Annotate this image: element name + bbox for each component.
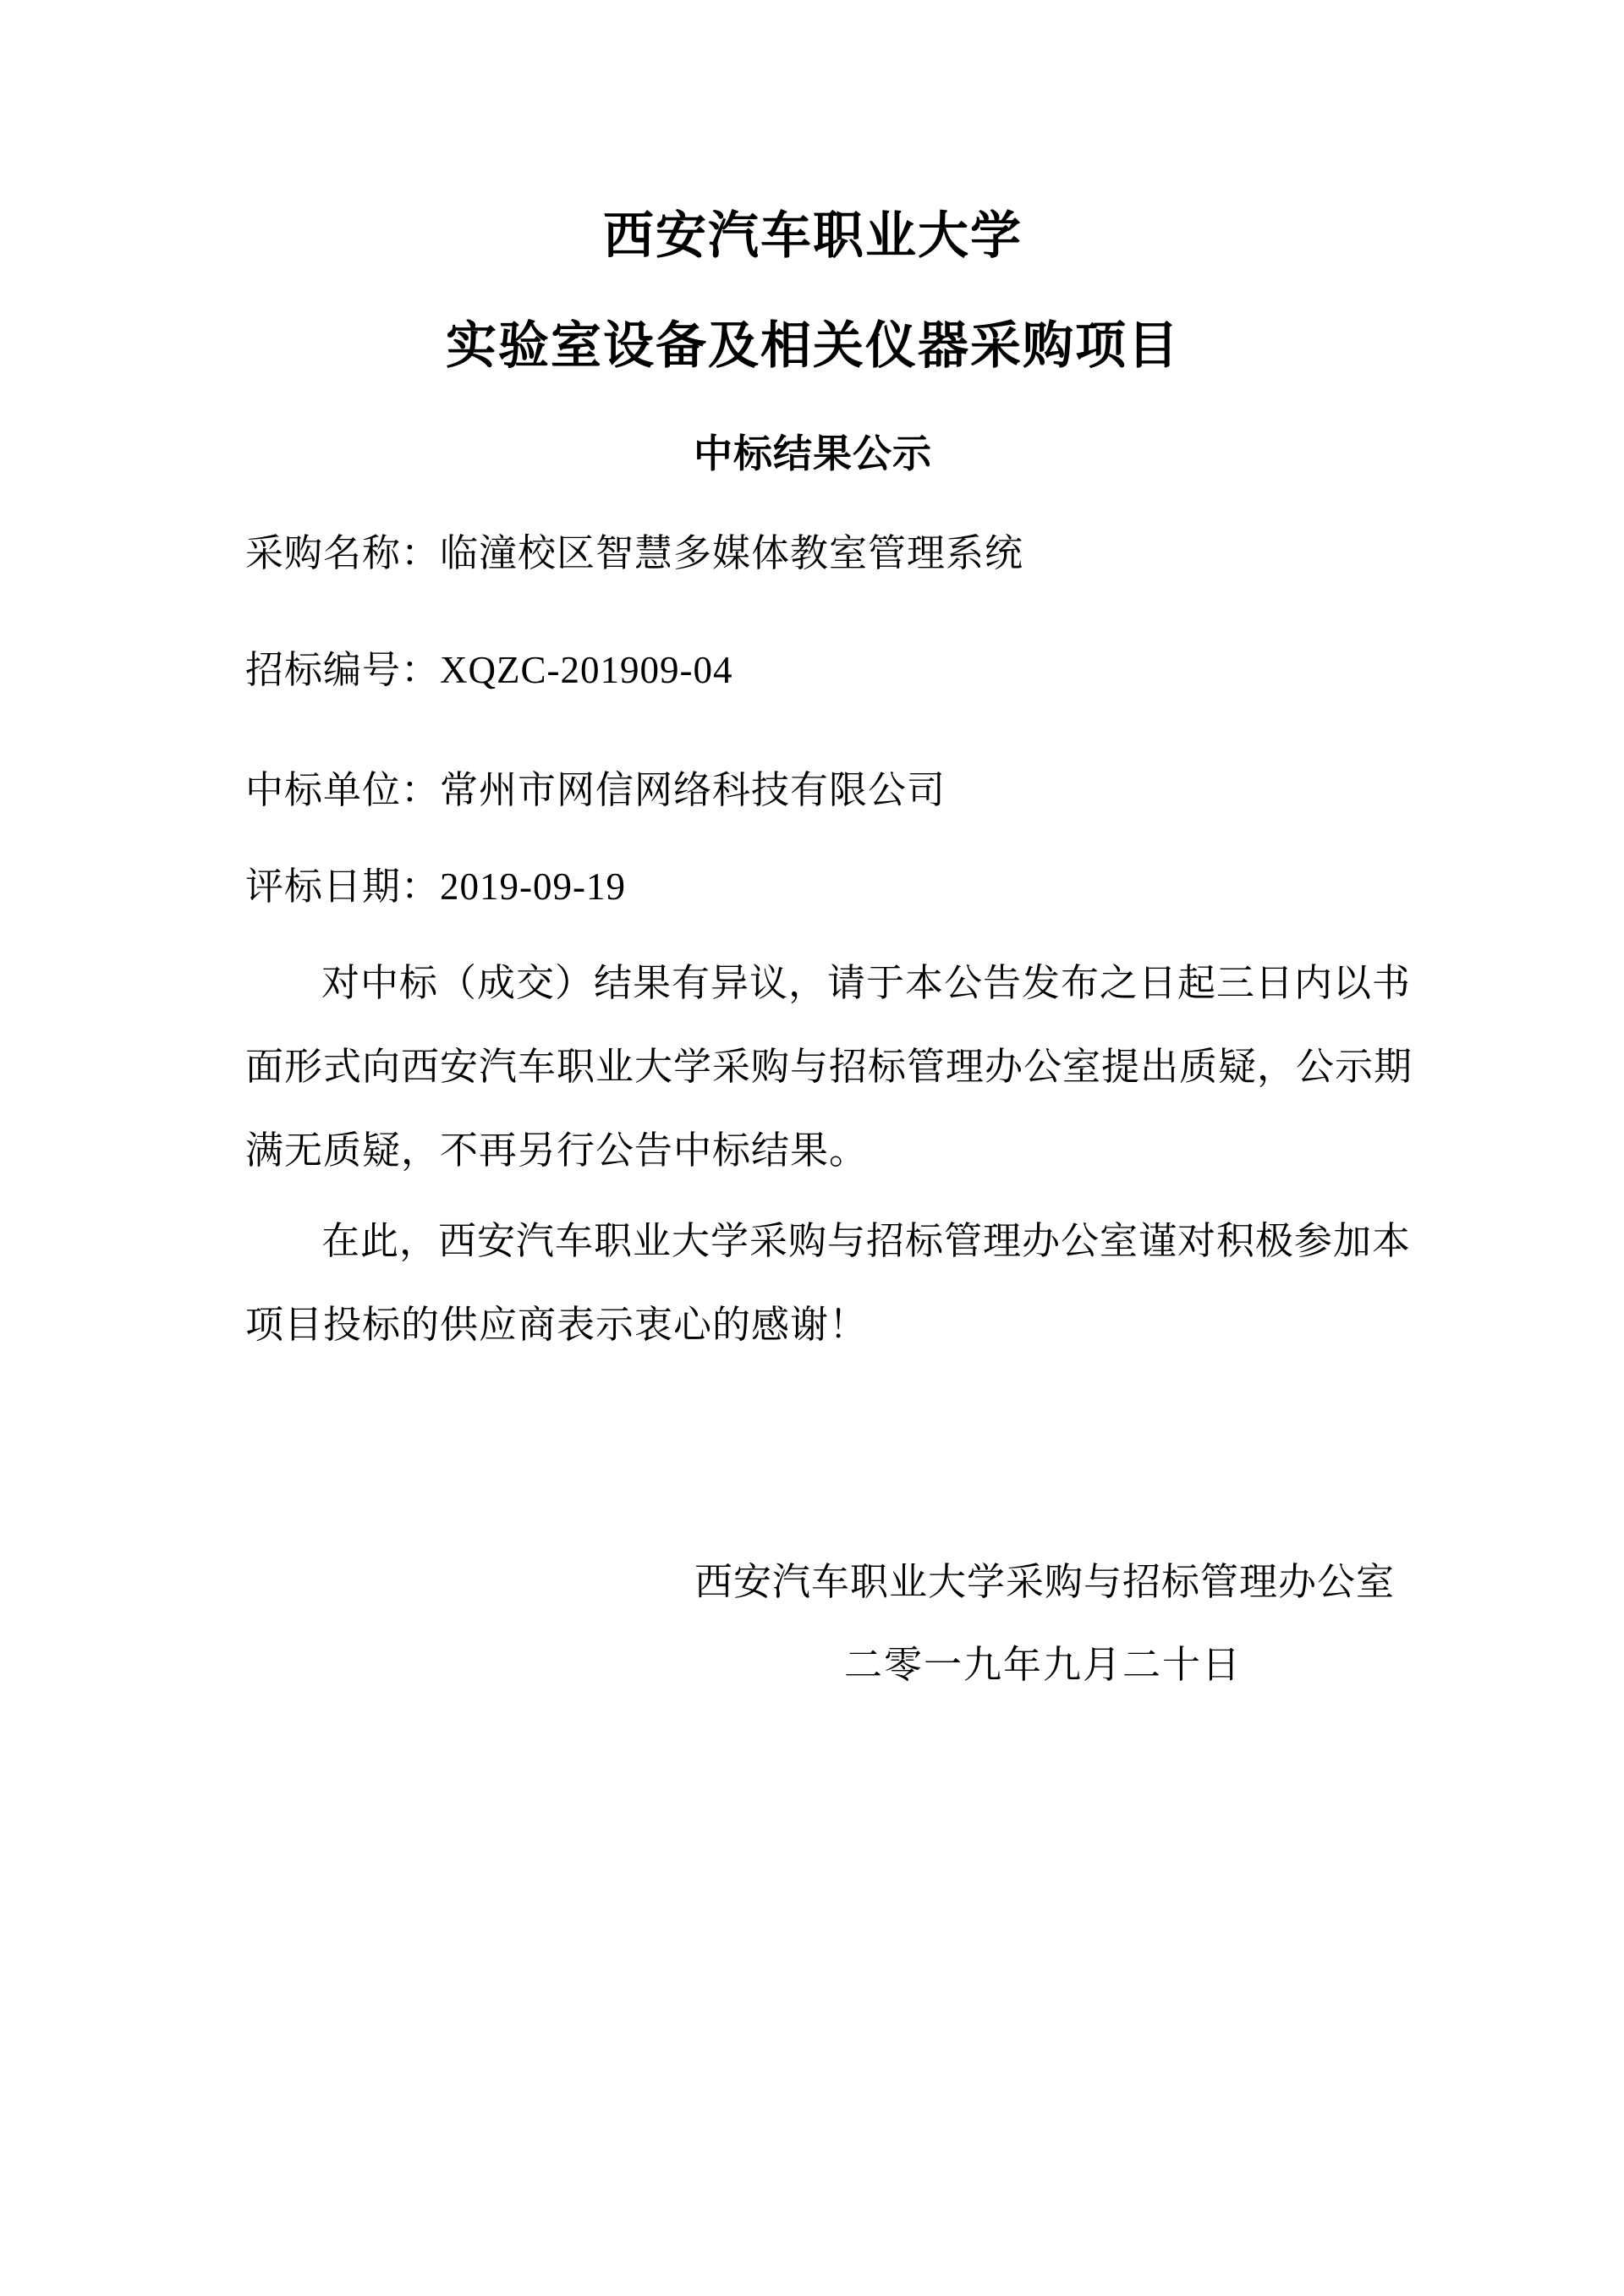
objection-paragraph-line-2: 面形式向西安汽车职业大学采购与招标管理办公室提出质疑，公示期 [245,1025,1380,1109]
document-title-line-2: 实验室设备及相关仪器采购项目 [245,320,1380,372]
document-content: 西安汽车职业大学 实验室设备及相关仪器采购项目 中标结果公示 采购名称：临潼校区… [0,0,1624,1686]
document-title-line-1: 西安汽车职业大学 [245,210,1380,262]
info-line-winning-bidder: 中标单位：常州市网信网络科技有限公司 [245,771,1380,810]
objection-paragraph-line-3: 满无质疑，不再另行公告中标结果。 [245,1109,1380,1193]
thanks-paragraph-line-2: 项目投标的供应商表示衷心的感谢！ [245,1283,1380,1367]
info-line-tender-number: 招标编号：XQZC-201909-04 [245,651,1380,689]
signature-office: 西安汽车职业大学采购与招标管理办公室 [245,1561,1395,1603]
objection-paragraph-line-1: 对中标（成交）结果有异议，请于本公告发布之日起三日内以书 [245,942,1380,1025]
info-line-evaluation-date: 评标日期：2019-09-19 [245,867,1380,906]
info-line-procurement-name: 采购名称：临潼校区智慧多媒体教室管理系统 [245,534,1380,573]
signature-date: 二零一九年九月二十日 [245,1644,1380,1686]
thanks-paragraph-line-1: 在此，西安汽车职业大学采购与招标管理办公室谨对积极参加本 [245,1200,1380,1283]
thanks-paragraph: 在此，西安汽车职业大学采购与招标管理办公室谨对积极参加本 项目投标的供应商表示衷… [245,1200,1380,1367]
closing-block: 西安汽车职业大学采购与招标管理办公室 二零一九年九月二十日 [245,1561,1380,1686]
announcement-subtitle: 中标结果公示 [245,434,1380,475]
document-page: 西安汽车职业大学 实验室设备及相关仪器采购项目 中标结果公示 采购名称：临潼校区… [0,0,1624,2296]
objection-paragraph: 对中标（成交）结果有异议，请于本公告发布之日起三日内以书 面形式向西安汽车职业大… [245,942,1380,1193]
